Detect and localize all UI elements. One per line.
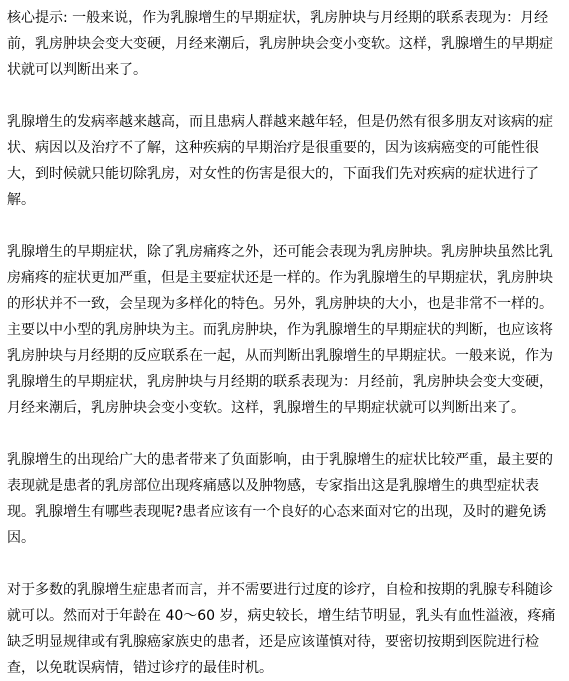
paragraph-advice: 对于多数的乳腺增生症患者而言，并不需要进行过度的诊疗，自检和按期的乳腺专科随诊就… (7, 577, 561, 681)
article-body: 核心提示: 一般来说，作为乳腺增生的早期症状，乳房肿块与月经期的联系表现为：月经… (0, 0, 569, 681)
paragraph-early-symptoms: 乳腺增生的早期症状，除了乳房痛疼之外，还可能会表现为乳房肿块。乳房肿块虽然比乳房… (7, 239, 561, 421)
paragraph-incidence: 乳腺增生的发病率越来越高，而且患病人群越来越年轻，但是仍然有很多朋友对该病的症状… (7, 109, 561, 213)
paragraph-impact: 乳腺增生的出现给广大的患者带来了负面影响，由于乳腺增生的症状比较严重，最主要的表… (7, 447, 561, 551)
paragraph-core-tip: 核心提示: 一般来说，作为乳腺增生的早期症状，乳房肿块与月经期的联系表现为：月经… (7, 5, 561, 83)
